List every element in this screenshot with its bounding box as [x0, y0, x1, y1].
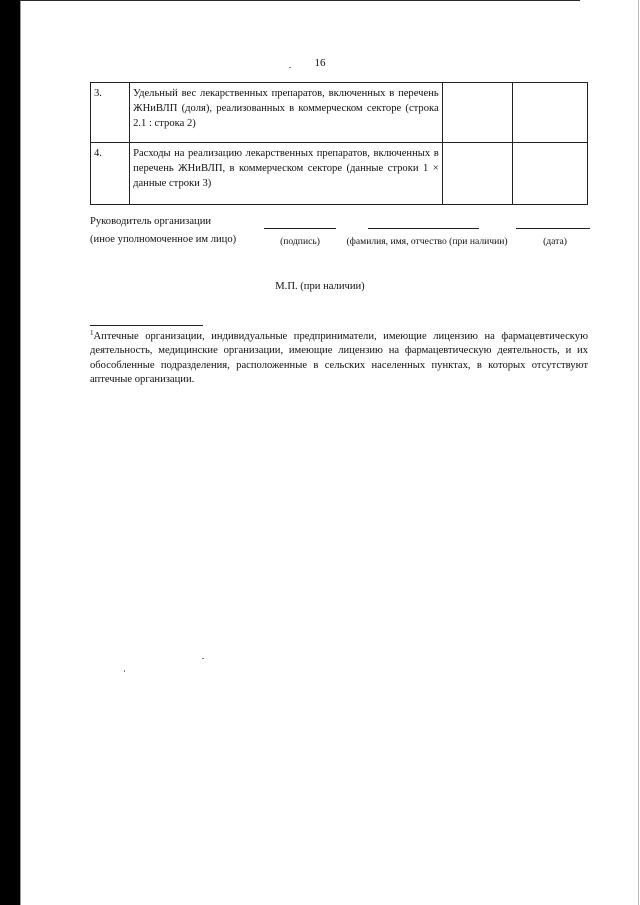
- scan-speck: [202, 658, 204, 659]
- full-name-caption: (фамилия, имя, отчество (при наличии): [338, 236, 516, 247]
- row-description: Удельный вес лекарственных препаратов, в…: [130, 83, 443, 143]
- row-value-cell: [512, 83, 587, 143]
- signature-line: [264, 228, 336, 229]
- row-value-cell: [442, 83, 512, 143]
- page-right-edge: [638, 0, 639, 905]
- row-number: 3.: [91, 83, 130, 143]
- scan-left-border: [0, 0, 20, 905]
- row-number: 4.: [91, 143, 130, 205]
- signatory-subtitle: (иное уполномоченное им лицо): [90, 234, 236, 245]
- footnote-text: Аптечные организации, индивидуальные пре…: [90, 331, 588, 385]
- row-value-cell: [512, 143, 587, 205]
- signature-caption: (подпись): [262, 236, 338, 247]
- scan-speck: [124, 670, 125, 672]
- table-row: 4. Расходы на реализацию лекарственных п…: [91, 143, 588, 205]
- page-number: 16: [0, 57, 640, 69]
- indicators-table: 3. Удельный вес лекарственных препаратов…: [90, 82, 588, 205]
- signatory-title: Руководитель организации: [90, 216, 211, 227]
- row-value-cell: [442, 143, 512, 205]
- stamp-place: М.П. (при наличии): [0, 281, 640, 292]
- footnote: 1Аптечные организации, индивидуальные пр…: [90, 326, 588, 387]
- page-left-edge: [20, 0, 21, 905]
- table-row: 3. Удельный вес лекарственных препаратов…: [91, 83, 588, 143]
- row-description: Расходы на реализацию лекарственных преп…: [130, 143, 443, 205]
- scan-top-edge: [20, 0, 580, 1]
- date-caption: (дата): [520, 236, 590, 247]
- full-name-line: [368, 228, 479, 229]
- scan-speck: [289, 67, 291, 68]
- date-line: [516, 228, 590, 229]
